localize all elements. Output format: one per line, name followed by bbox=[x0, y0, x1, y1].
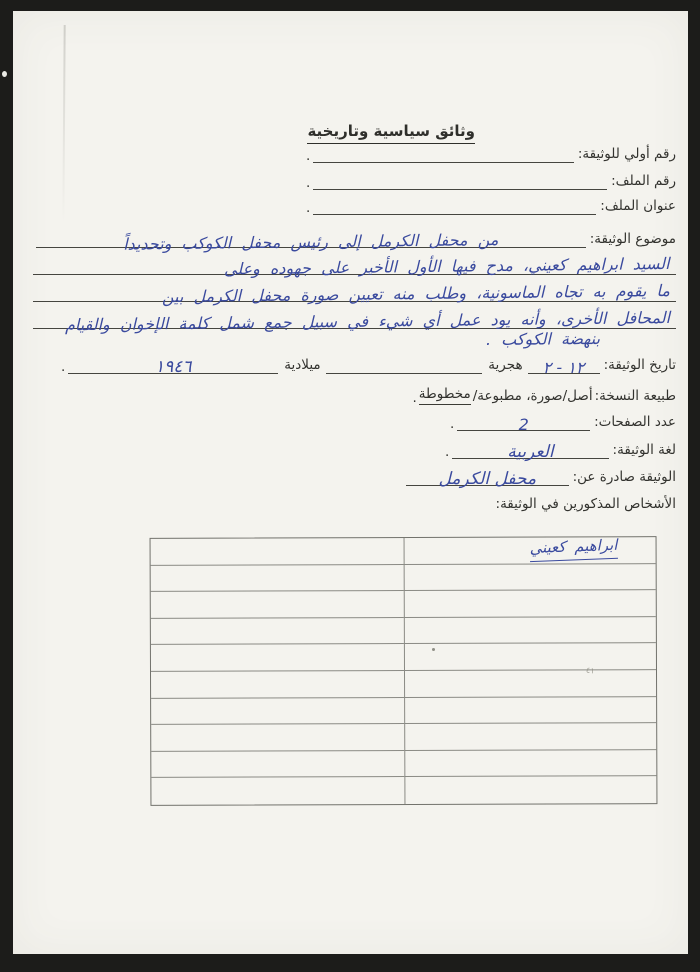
field-copy-nature-label: طبيعة النسخة: bbox=[595, 388, 676, 405]
period-mark: . bbox=[61, 361, 65, 375]
handwritten-page-count: 2 bbox=[457, 417, 590, 433]
stray-pencil-mark: ٤١ bbox=[585, 665, 595, 675]
period-mark: . bbox=[306, 150, 310, 164]
copy-nature-underlined-option: مخطوطة bbox=[419, 386, 471, 405]
hijri-word: هجرية bbox=[488, 357, 522, 374]
subject-line-5: بنهضة الكوكب . bbox=[33, 329, 676, 355]
period-mark: . bbox=[306, 202, 310, 216]
handwritten-subject-line-5: بنهضة الكوكب . bbox=[486, 331, 600, 348]
field-language-label: لغة الوثيقة: bbox=[613, 442, 676, 459]
table-cell bbox=[404, 670, 657, 697]
dust-speck bbox=[2, 71, 7, 77]
table-cell bbox=[403, 644, 656, 671]
table-cell: ابراهيم كعيني bbox=[403, 537, 656, 564]
field-issued-by: الوثيقة صادرة عن: محفل الكرمل bbox=[403, 465, 676, 486]
field-page-count-blank: 2 bbox=[457, 411, 590, 431]
field-issued-by-blank: محفل الكرمل bbox=[406, 466, 569, 486]
table-cell bbox=[151, 618, 404, 645]
table-cell bbox=[404, 697, 657, 724]
field-date-middle-blank bbox=[326, 354, 483, 374]
field-date: تاريخ الوثيقة: ١٢ - ٢ هجرية ميلادية ١٩٤٦… bbox=[61, 353, 676, 374]
table-cell bbox=[404, 750, 657, 777]
table-cell bbox=[151, 698, 404, 725]
field-date-hijri-blank: ١٢ - ٢ bbox=[528, 354, 600, 374]
copy-nature-options: أصل/صورة، مطبوعة/ bbox=[473, 388, 593, 405]
field-date-gregorian-blank: ١٩٤٦ bbox=[68, 354, 278, 374]
period-mark: . bbox=[412, 392, 416, 406]
period-mark: . bbox=[306, 177, 310, 191]
period-mark: . bbox=[450, 418, 454, 432]
field-subject-label: موضوع الوثيقة: bbox=[590, 231, 676, 248]
field-initial-number-blank bbox=[313, 143, 574, 163]
subject-rule-2: السيد ابراهيم كعيني، مدح فيها الأول الأخ… bbox=[33, 248, 676, 275]
table-cell bbox=[151, 591, 404, 618]
field-copy-nature: طبيعة النسخة: أصل/صورة، مطبوعة/ مخطوطة . bbox=[412, 385, 676, 405]
table-cell bbox=[151, 671, 404, 698]
field-subject: موضوع الوثيقة: من محفل الكرمل إلى رئيس م… bbox=[33, 222, 676, 355]
table-cell bbox=[151, 751, 404, 778]
scan-background: { "scan": { "background_color": "#1c1c1a… bbox=[0, 0, 700, 972]
field-file-title-label: عنوان الملف: bbox=[600, 198, 676, 215]
period-mark: . bbox=[445, 446, 449, 460]
table-cell bbox=[151, 777, 404, 804]
form-title: وثائق سياسية وتاريخية bbox=[307, 122, 475, 144]
table-cell bbox=[404, 723, 657, 750]
field-file-number-blank bbox=[313, 170, 607, 190]
persons-table: ابراهيم كعيني bbox=[150, 536, 658, 806]
scanned-form-page: وثائق سياسية وتاريخية رقم أولي للوثيقة: … bbox=[13, 11, 688, 954]
field-page-count-label: عدد الصفحات: bbox=[594, 414, 676, 431]
field-file-number-label: رقم الملف: bbox=[611, 173, 676, 190]
form-title-wrap: وثائق سياسية وتاريخية bbox=[307, 121, 475, 140]
subject-rule-1: من محفل الكرمل إلى رئيس محفل الكوكب وتحد… bbox=[36, 223, 586, 248]
field-issued-by-label: الوثيقة صادرة عن: bbox=[573, 469, 676, 486]
table-cell bbox=[151, 644, 404, 671]
persons-heading-label: الأشخاص المذكورين في الوثيقة: bbox=[496, 496, 676, 513]
subject-rule-4: المحافل الأخرى، وأنه يود عمل أي شيء في س… bbox=[33, 302, 676, 329]
table-cell bbox=[403, 564, 656, 591]
field-language-blank: العربية bbox=[452, 439, 608, 459]
gregorian-word: ميلادية bbox=[284, 357, 320, 374]
table-cell bbox=[403, 590, 656, 617]
persons-heading-row: الأشخاص المذكورين في الوثيقة: bbox=[496, 493, 676, 513]
field-language: لغة الوثيقة: العربية . bbox=[445, 438, 676, 459]
table-cell bbox=[151, 724, 404, 751]
table-cell bbox=[151, 538, 404, 565]
subject-rule-3: ما يقوم به تجاه الماسونية، وطلب منه تعيي… bbox=[33, 275, 676, 302]
field-page-count: عدد الصفحات: 2 . bbox=[450, 410, 676, 431]
subject-line-1: موضوع الوثيقة: من محفل الكرمل إلى رئيس م… bbox=[33, 222, 676, 248]
field-file-number: رقم الملف: . bbox=[306, 169, 676, 190]
field-initial-number: رقم أولي للوثيقة: . bbox=[306, 142, 676, 163]
field-initial-number-label: رقم أولي للوثيقة: bbox=[578, 146, 676, 163]
table-cell bbox=[151, 565, 404, 592]
handwritten-person-name: ابراهيم كعيني bbox=[529, 536, 618, 562]
field-file-title-blank bbox=[313, 195, 596, 215]
paper-crease bbox=[62, 25, 65, 223]
handwritten-gregorian-year: ١٩٤٦ bbox=[68, 359, 278, 376]
field-date-label: تاريخ الوثيقة: bbox=[604, 357, 676, 374]
table-cell bbox=[404, 777, 657, 804]
stray-dot-mark bbox=[432, 648, 435, 651]
handwritten-issuing-body: محفل الكرمل bbox=[406, 471, 569, 488]
table-cell bbox=[403, 617, 656, 644]
handwritten-hijri-date: ١٢ - ٢ bbox=[528, 360, 600, 376]
field-file-title: عنوان الملف: . bbox=[306, 194, 676, 215]
handwritten-language: العربية bbox=[452, 444, 608, 461]
